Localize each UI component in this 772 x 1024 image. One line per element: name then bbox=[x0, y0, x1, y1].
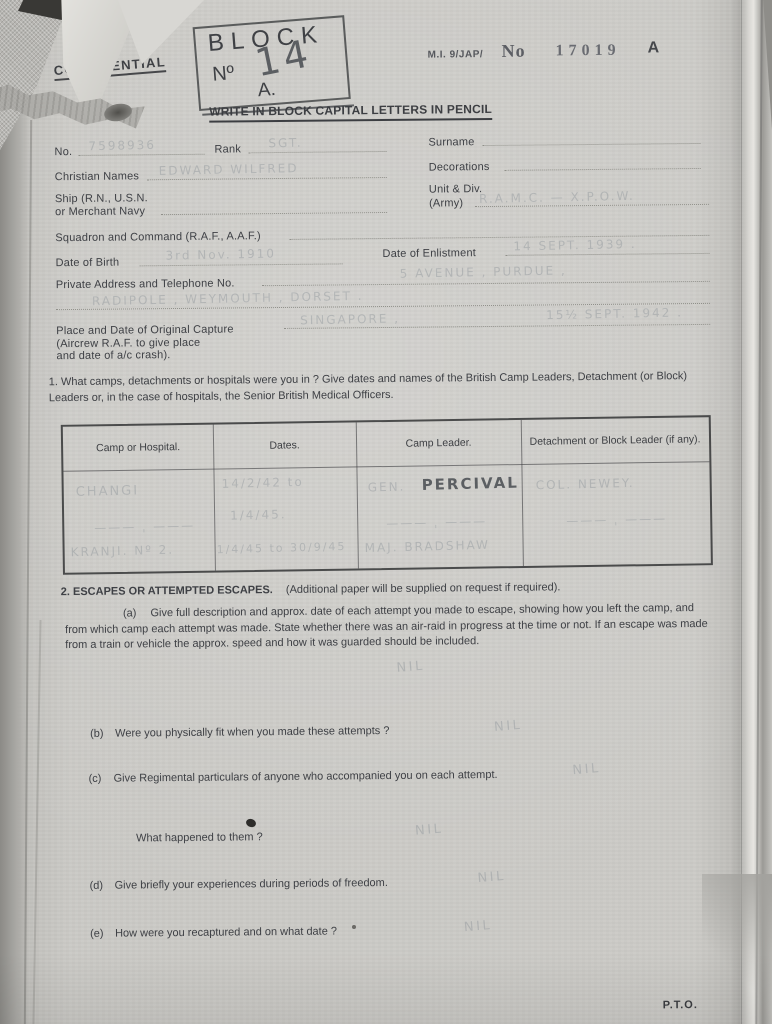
scan-vignette bbox=[0, 0, 772, 1024]
scanned-pow-questionnaire-page: CONFIDENTIAL BLOCK Nº 14 A. M.I. 9/JAP/ … bbox=[0, 0, 772, 1024]
